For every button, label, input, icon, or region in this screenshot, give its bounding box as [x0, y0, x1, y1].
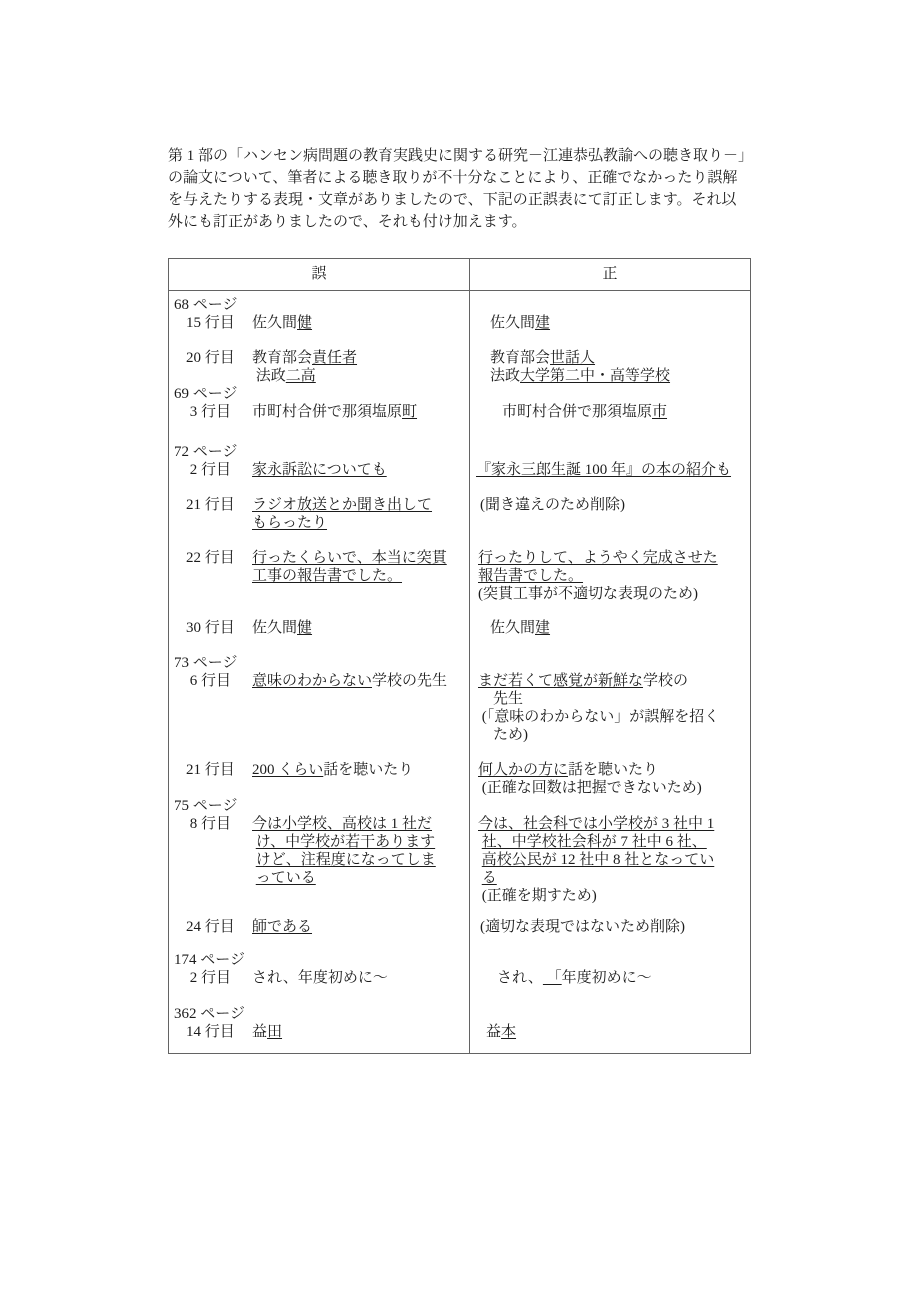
error-cell: 24 行目師である — [169, 918, 469, 951]
error-text: 益田 — [252, 1023, 469, 1041]
plain-text: 市町村合併で那須塩原 — [252, 404, 402, 420]
text-line: け、中学校が若干あります — [252, 833, 469, 851]
error-text: 家永訴訟についても — [252, 461, 469, 479]
intro-line: の論文について、筆者による聴き取りが不十分なことにより、正確でなかったり誤解 — [168, 167, 808, 189]
text-line: 今は、社会科では小学校が 3 社中 1 — [478, 815, 750, 833]
underlined-text: 意味のわからない — [252, 673, 372, 689]
plain-text: (突貫工事が不適切な表現のため) — [478, 586, 698, 602]
text-line: 教育部会世話人 — [490, 349, 750, 367]
underlined-text: ラジオ放送とか聞き出して — [252, 497, 432, 513]
text-line: (聞き違えのため削除) — [480, 496, 750, 514]
underlined-text: 責任者 — [312, 350, 357, 366]
table-row: 21 行目200 くらい話を聴いたり何人かの方に話を聴いたり (正確な回数は把握… — [169, 761, 750, 797]
text-line: 工事の報告書でした。 — [252, 567, 469, 585]
error-text: 佐久間健 — [252, 619, 469, 637]
text-line: 行ったくらいで、本当に突貫 — [252, 549, 469, 567]
page-cell: 72 ページ — [169, 443, 469, 461]
underlined-text: まだ若くて感覚が新鮮な — [478, 673, 643, 689]
underlined-text: 『家永三郎生誕 100 年』の本の紹介も — [476, 462, 731, 478]
intro-paragraph: 第 1 部の「ハンセン病問題の教育実践史に関する研究－江連恭弘教諭への聴き取り－… — [168, 145, 808, 233]
plain-text: (正確な回数は把握できないため) — [478, 780, 702, 796]
error-cell: 22 行目行ったくらいで、本当に突貫工事の報告書でした。 — [169, 549, 469, 619]
text-line: 今は小学校、高校は 1 社だ — [252, 815, 469, 833]
underlined-text: 工事の報告書でした。 — [252, 568, 402, 584]
underlined-text: る — [482, 870, 497, 886]
underlined-text: 報告書でした。 — [478, 568, 583, 584]
text-line: 高校公民が 12 社中 8 社となってい — [478, 851, 750, 869]
page-label: 69 ページ — [169, 385, 469, 403]
text-line: 家永訴訟についても — [252, 461, 469, 479]
table-header-row: 誤 正 — [169, 259, 750, 291]
line-number-label: 3 行目 — [186, 403, 252, 421]
table-row: 2 行目家永訴訟についても『家永三郎生誕 100 年』の本の紹介も — [169, 461, 750, 496]
text-line: 200 くらい話を聴いたり — [252, 761, 469, 779]
table-row: 75 ページ — [169, 797, 750, 815]
text-line: 報告書でした。 — [478, 567, 750, 585]
intro-line: 外にも訂正がありましたので、それも付け加えます。 — [168, 211, 808, 233]
text-line: され、年度初めに～ — [252, 969, 469, 987]
underlined-text: 大学第二中・高等学校 — [520, 368, 670, 384]
correction-text: 益本 — [470, 1023, 750, 1041]
correction-cell: 佐久間建 — [469, 619, 750, 654]
error-cell: 8 行目今は小学校、高校は 1 社だ け、中学校が若干あります けど、注程度にな… — [169, 815, 469, 918]
plain-text: 益 — [252, 1024, 267, 1040]
plain-text: され、 — [497, 970, 543, 986]
underlined-text: 何人かの方に — [478, 762, 568, 778]
correction-text: され、 「年度初めに～ — [470, 969, 750, 987]
error-cell: 2 行目され、年度初めに～ — [169, 969, 469, 1005]
table-row: 22 行目行ったくらいで、本当に突貫工事の報告書でした。行ったりして、ようやく完… — [169, 549, 750, 619]
error-cell: 3 行目市町村合併で那須塩原町 — [169, 403, 469, 443]
plain-text: (適切な表現ではないため削除) — [480, 919, 685, 935]
line-number-label: 6 行目 — [186, 672, 252, 690]
error-text: 教育部会責任者 法政二高 — [252, 349, 469, 385]
errata-table: 誤 正 68 ページ15 行目佐久間健佐久間建20 行目教育部会責任者 法政二高… — [168, 258, 751, 1054]
error-text: 師である — [252, 918, 469, 936]
table-row: 73 ページ — [169, 654, 750, 672]
correction-cell: 佐久間建 — [469, 314, 750, 349]
plain-text: 年度初めに～ — [562, 970, 652, 986]
underlined-text: 今は小学校、高校は 1 社だ — [252, 816, 432, 832]
text-line: 市町村合併で那須塩原市 — [502, 403, 750, 421]
table-body: 68 ページ15 行目佐久間健佐久間建20 行目教育部会責任者 法政二高教育部会… — [169, 291, 750, 1053]
underlined-text: け、中学校が若干あります — [256, 834, 435, 850]
page-label: 68 ページ — [169, 296, 469, 314]
table-row: 15 行目佐久間健佐久間建 — [169, 314, 750, 349]
underlined-text: 行ったくらいで、本当に突貫 — [252, 550, 447, 566]
page-label: 72 ページ — [169, 443, 469, 461]
intro-line: を与えたりする表現・文章がありましたので、下記の正誤表にて訂正します。それ以 — [168, 189, 808, 211]
correction-cell — [469, 385, 750, 403]
correction-text: (適切な表現ではないため削除) — [470, 918, 750, 936]
plain-text: 話を聴いたり — [568, 762, 658, 778]
page-cell: 174 ページ — [169, 951, 469, 969]
plain-text: (「意味のわからない」が誤解を招く — [478, 709, 719, 725]
table-row: 68 ページ — [169, 291, 750, 314]
error-text: 市町村合併で那須塩原町 — [252, 403, 469, 421]
error-cell: 15 行目佐久間健 — [169, 314, 469, 349]
correction-cell — [469, 654, 750, 672]
underlined-text: 市 — [652, 404, 667, 420]
correction-cell — [469, 443, 750, 461]
plain-text: 学校の先生 — [372, 673, 447, 689]
error-text: され、年度初めに～ — [252, 969, 469, 987]
correction-cell — [469, 1005, 750, 1023]
page-label: 73 ページ — [169, 654, 469, 672]
plain-text: 法政 — [252, 368, 286, 384]
correction-cell: (適切な表現ではないため削除) — [469, 918, 750, 951]
plain-text: 佐久間 — [490, 315, 535, 331]
correction-cell: 教育部会世話人法政大学第二中・高等学校 — [469, 349, 750, 385]
error-cell: 20 行目教育部会責任者 法政二高 — [169, 349, 469, 385]
text-line: 意味のわからない学校の先生 — [252, 672, 469, 690]
underlined-text: 家永訴訟についても — [252, 462, 387, 478]
text-line: (正確な回数は把握できないため) — [478, 779, 750, 797]
text-line: 師である — [252, 918, 469, 936]
correction-text: 市町村合併で那須塩原市 — [470, 403, 750, 421]
line-number-label: 8 行目 — [186, 815, 252, 833]
plain-text: 市町村合併で那須塩原 — [502, 404, 652, 420]
correction-cell: 市町村合併で那須塩原市 — [469, 403, 750, 443]
table-row: 8 行目今は小学校、高校は 1 社だ け、中学校が若干あります けど、注程度にな… — [169, 815, 750, 918]
table-row: 3 行目市町村合併で那須塩原町市町村合併で那須塩原市 — [169, 403, 750, 443]
correction-cell: 『家永三郎生誕 100 年』の本の紹介も — [469, 461, 750, 496]
table-row: 24 行目師である(適切な表現ではないため削除) — [169, 918, 750, 951]
intro-line: 第 1 部の「ハンセン病問題の教育実践史に関する研究－江連恭弘教諭への聴き取り－… — [168, 145, 808, 167]
error-text: 行ったくらいで、本当に突貫工事の報告書でした。 — [252, 549, 469, 603]
line-number-label: 21 行目 — [186, 761, 252, 779]
underlined-text: 二高 — [286, 368, 316, 384]
error-text: 今は小学校、高校は 1 社だ け、中学校が若干あります けど、注程度になってしま… — [252, 815, 469, 905]
correction-cell: まだ若くて感覚が新鮮な学校の 先生 (「意味のわからない」が誤解を招く ため) — [469, 672, 750, 761]
table-row: 14 行目益田益本 — [169, 1023, 750, 1053]
line-number-label: 30 行目 — [186, 619, 252, 637]
underlined-text: 健 — [297, 315, 312, 331]
line-number-label: 21 行目 — [186, 496, 252, 514]
underlined-text: 社、中学校社会科が 7 社中 6 社、 — [482, 834, 707, 850]
plain-text: 学校の — [643, 673, 688, 689]
page-label: 174 ページ — [169, 951, 469, 969]
plain-text: (聞き違えのため削除) — [480, 497, 625, 513]
errata-document-page: 第 1 部の「ハンセン病問題の教育実践史に関する研究－江連恭弘教諭への聴き取り－… — [0, 0, 917, 1295]
line-number-label: 24 行目 — [186, 918, 252, 936]
table-row: 20 行目教育部会責任者 法政二高教育部会世話人法政大学第二中・高等学校 — [169, 349, 750, 385]
plain-text: (正確を期すため) — [478, 888, 597, 904]
error-text: 佐久間健 — [252, 314, 469, 332]
text-line: (正確を期すため) — [478, 887, 750, 905]
plain-text: 佐久間 — [252, 620, 297, 636]
page-cell: 69 ページ — [169, 385, 469, 403]
text-line: 佐久間健 — [252, 619, 469, 637]
underlined-text: けど、注程度になってしま — [256, 852, 436, 868]
correction-text: 佐久間建 — [470, 314, 750, 332]
header-correct-column: 正 — [469, 259, 750, 290]
line-number-label: 14 行目 — [186, 1023, 252, 1041]
correction-cell: 益本 — [469, 1023, 750, 1053]
plain-text: 教育部会 — [490, 350, 550, 366]
underlined-text: 田 — [267, 1024, 282, 1040]
correction-cell — [469, 797, 750, 815]
error-cell: 2 行目家永訴訟についても — [169, 461, 469, 496]
underlined-text: 今は、社会科では小学校が 3 社中 1 — [478, 816, 714, 832]
underlined-text: 健 — [297, 620, 312, 636]
correction-cell — [469, 951, 750, 969]
underlined-text: っている — [256, 870, 316, 886]
text-line: ラジオ放送とか聞き出して — [252, 496, 469, 514]
text-line: 行ったりして、ようやく完成させた — [478, 549, 750, 567]
correction-text: 何人かの方に話を聴いたり (正確な回数は把握できないため) — [470, 761, 750, 797]
text-line: (「意味のわからない」が誤解を招く — [478, 708, 750, 726]
error-text: 意味のわからない学校の先生 — [252, 672, 469, 744]
table-row: 72 ページ — [169, 443, 750, 461]
plain-text: 先生 — [478, 691, 523, 707]
text-line: 法政二高 — [252, 367, 469, 385]
table-row: 69 ページ — [169, 385, 750, 403]
table-row: 362 ページ — [169, 1005, 750, 1023]
text-line: 社、中学校社会科が 7 社中 6 社、 — [478, 833, 750, 851]
table-row: 2 行目され、年度初めに～され、 「年度初めに～ — [169, 969, 750, 1005]
plain-text: 法政 — [490, 368, 520, 384]
error-cell: 21 行目200 くらい話を聴いたり — [169, 761, 469, 797]
header-error-column: 誤 — [169, 259, 469, 290]
error-text: 200 くらい話を聴いたり — [252, 761, 469, 797]
correction-text: 佐久間建 — [470, 619, 750, 637]
text-line: され、 「年度初めに～ — [497, 969, 750, 987]
text-line: 市町村合併で那須塩原町 — [252, 403, 469, 421]
correction-text: 教育部会世話人法政大学第二中・高等学校 — [470, 349, 750, 385]
text-line: 佐久間建 — [490, 314, 750, 332]
correction-cell — [469, 291, 750, 314]
line-number-label: 22 行目 — [186, 549, 252, 567]
page-cell: 75 ページ — [169, 797, 469, 815]
correction-text: 行ったりして、ようやく完成させた報告書でした。(突貫工事が不適切な表現のため) — [470, 549, 750, 603]
correction-text: 『家永三郎生誕 100 年』の本の紹介も — [470, 461, 750, 479]
underlined-text: 200 くらい — [252, 762, 323, 778]
line-number-label: 20 行目 — [186, 349, 252, 367]
underlined-text: 建 — [535, 315, 550, 331]
text-line: っている — [252, 869, 469, 887]
line-number-label: 2 行目 — [186, 461, 252, 479]
plain-text: 教育部会 — [252, 350, 312, 366]
error-cell: 6 行目意味のわからない学校の先生 — [169, 672, 469, 761]
text-line: 『家永三郎生誕 100 年』の本の紹介も — [476, 461, 750, 479]
line-number-label: 2 行目 — [186, 969, 252, 987]
underlined-text: もらったり — [252, 515, 327, 531]
error-cell: 30 行目佐久間健 — [169, 619, 469, 654]
text-line: まだ若くて感覚が新鮮な学校の — [478, 672, 750, 690]
underlined-text: 行ったりして、ようやく完成させた — [478, 550, 718, 566]
underlined-text: 本 — [501, 1024, 516, 1040]
error-cell: 14 行目益田 — [169, 1023, 469, 1053]
table-row: 21 行目ラジオ放送とか聞き出してもらったり(聞き違えのため削除) — [169, 496, 750, 549]
correction-cell: 今は、社会科では小学校が 3 社中 1 社、中学校社会科が 7 社中 6 社、 … — [469, 815, 750, 918]
line-number-label: 15 行目 — [186, 314, 252, 332]
page-label: 75 ページ — [169, 797, 469, 815]
page-cell: 73 ページ — [169, 654, 469, 672]
underlined-text: 建 — [535, 620, 550, 636]
correction-cell: され、 「年度初めに～ — [469, 969, 750, 1005]
correction-cell: (聞き違えのため削除) — [469, 496, 750, 549]
plain-text: 佐久間 — [252, 315, 297, 331]
correction-cell: 行ったりして、ようやく完成させた報告書でした。(突貫工事が不適切な表現のため) — [469, 549, 750, 619]
page-cell: 68 ページ — [169, 291, 469, 314]
page-cell: 362 ページ — [169, 1005, 469, 1023]
underlined-text: 「 — [543, 970, 562, 986]
plain-text: ため) — [478, 727, 528, 743]
underlined-text: 世話人 — [550, 350, 595, 366]
text-line: る — [478, 869, 750, 887]
text-line: 教育部会責任者 — [252, 349, 469, 367]
text-line: 法政大学第二中・高等学校 — [490, 367, 750, 385]
underlined-text: 町 — [402, 404, 417, 420]
plain-text: され、年度初めに～ — [252, 970, 388, 986]
text-line: 何人かの方に話を聴いたり — [478, 761, 750, 779]
error-cell: 21 行目ラジオ放送とか聞き出してもらったり — [169, 496, 469, 549]
correction-cell: 何人かの方に話を聴いたり (正確な回数は把握できないため) — [469, 761, 750, 797]
plain-text: 話を聴いたり — [323, 762, 413, 778]
text-line: ため) — [478, 726, 750, 744]
text-line: もらったり — [252, 514, 469, 532]
plain-text: 益 — [486, 1024, 501, 1040]
text-line: 佐久間建 — [490, 619, 750, 637]
table-row: 30 行目佐久間健佐久間建 — [169, 619, 750, 654]
correction-text: まだ若くて感覚が新鮮な学校の 先生 (「意味のわからない」が誤解を招く ため) — [470, 672, 750, 744]
plain-text: 佐久間 — [490, 620, 535, 636]
text-line: 益田 — [252, 1023, 469, 1041]
correction-text: 今は、社会科では小学校が 3 社中 1 社、中学校社会科が 7 社中 6 社、 … — [470, 815, 750, 905]
error-text: ラジオ放送とか聞き出してもらったり — [252, 496, 469, 532]
table-row: 174 ページ — [169, 951, 750, 969]
text-line: (突貫工事が不適切な表現のため) — [478, 585, 750, 603]
text-line: 益本 — [486, 1023, 750, 1041]
table-row: 6 行目意味のわからない学校の先生まだ若くて感覚が新鮮な学校の 先生 (「意味の… — [169, 672, 750, 761]
text-line: (適切な表現ではないため削除) — [480, 918, 750, 936]
underlined-text: 高校公民が 12 社中 8 社となってい — [482, 852, 715, 868]
underlined-text: 師である — [252, 919, 312, 935]
text-line: けど、注程度になってしま — [252, 851, 469, 869]
page-label: 362 ページ — [169, 1005, 469, 1023]
text-line: 先生 — [478, 690, 750, 708]
correction-text: (聞き違えのため削除) — [470, 496, 750, 514]
text-line: 佐久間健 — [252, 314, 469, 332]
